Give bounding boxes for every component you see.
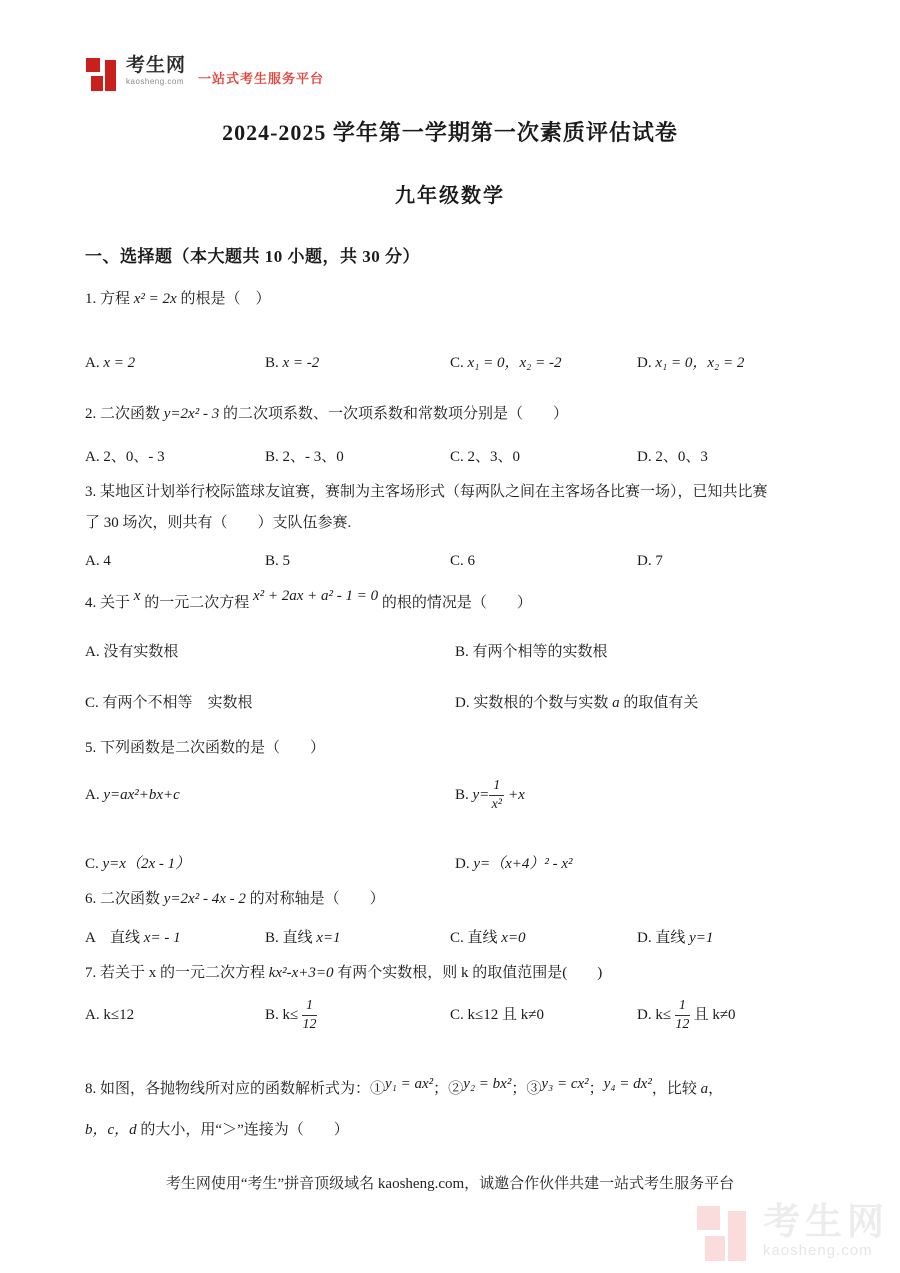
fraction-denominator: 12 — [675, 1016, 689, 1033]
question-8: 8. 如图，各抛物线所对应的函数解析式为：①y₁ = ax²；②y₂ = bx²… — [85, 1078, 872, 1143]
option-formula: x₁ = 0，x₂ = -2 — [468, 355, 562, 371]
fraction: 112 — [675, 998, 690, 1033]
question-4: 4. 关于 x 的一元二次方程 x² + 2ax + a² - 1 = 0 的根… — [85, 592, 872, 615]
question-7-text: 有两个实数根，则 k 的取值范围是( ) — [333, 965, 602, 981]
option-formula: x= - 1 — [144, 930, 181, 946]
question-4-formula: x² + 2ax + a² - 1 = 0 — [253, 585, 378, 608]
question-2-options: A. 2、0、- 3 B. 2、- 3、0 C. 2、3、0 D. 2、0、3 — [85, 446, 872, 469]
watermark-name: 考生网 — [763, 1203, 889, 1242]
option-label: B. — [455, 787, 469, 803]
question-6: 6. 二次函数 y=2x² - 4x - 2 的对称轴是（ ） — [85, 888, 872, 911]
logo-block — [705, 1236, 725, 1261]
option-formula: x₁ = 0，x₂ = 2 — [655, 355, 744, 371]
option-3b: B. 5 — [265, 550, 450, 573]
question-7-options: A. k≤12 B. k≤ 112 C. k≤12 且 k≠0 D. k≤ 11… — [85, 998, 872, 1033]
question-7-formula: kx²-x+3=0 — [269, 965, 334, 981]
question-6-options: A 直线 x= - 1 B. 直线 x=1 C. 直线 x=0 D. 直线 y=… — [85, 927, 872, 950]
question-8-line2: b，c，d 的大小，用“＞”连接为（ ） — [85, 1119, 872, 1142]
fraction-denominator: 12 — [303, 1016, 317, 1033]
option-formula: y= — [473, 787, 490, 803]
option-formula: y=ax²+bx+c — [103, 787, 180, 803]
option-label: D. — [455, 856, 470, 872]
question-2-text: 的二次项系数、一次项系数和常数项分别是（ ） — [219, 406, 568, 422]
option-text: 直线 — [110, 930, 140, 946]
question-8-var: a — [701, 1081, 709, 1097]
logo-block — [728, 1211, 746, 1261]
option-7d: D. k≤ 112 且 k≠0 — [637, 998, 872, 1033]
option-text: 的取值有关 — [620, 695, 699, 711]
question-8-text: ；② — [433, 1081, 463, 1097]
watermark-domain: kaosheng.com — [763, 1242, 889, 1259]
option-2c: C. 2、3、0 — [450, 446, 637, 469]
question-8-text: ；③ — [511, 1081, 541, 1097]
option-7c: C. k≤12 且 k≠0 — [450, 1004, 637, 1027]
question-5-options-row2: C. y=x（2x - 1） D. y=（x+4）² - x² — [85, 853, 872, 876]
option-5d: D. y=（x+4）² - x² — [455, 853, 872, 876]
option-text: 直线 — [468, 930, 498, 946]
option-label: A. — [85, 787, 100, 803]
option-2d: D. 2、0、3 — [637, 446, 872, 469]
option-7b: B. k≤ 112 — [265, 998, 450, 1033]
question-4-options-row1: A. 没有实数根 B. 有两个相等的实数根 — [85, 641, 872, 664]
option-text: D. k≤ — [637, 1007, 675, 1023]
option-1d: D. x₁ = 0，x₂ = 2 — [637, 352, 872, 375]
question-4-text: 的一元二次方程 — [140, 595, 253, 611]
fraction-numerator: 1 — [675, 998, 690, 1016]
question-8-text: 的大小，用“＞”连接为（ ） — [137, 1122, 349, 1138]
fraction: 112 — [302, 998, 317, 1033]
logo-block — [697, 1206, 720, 1230]
exam-page: 考生网 kaosheng.com 一站式考生服务平台 2024-2025 学年第… — [0, 0, 900, 1273]
question-4-options-row2: C. 有两个不相等 实数根 D. 实数根的个数与实数 a 的取值有关 — [85, 692, 872, 715]
option-text: B. k≤ — [265, 1007, 302, 1023]
option-formula: y=x（2x - 1） — [103, 856, 191, 872]
option-7a: A. k≤12 — [85, 1004, 265, 1027]
question-4-text: 4. 关于 — [85, 595, 134, 611]
option-3c: C. 6 — [450, 550, 637, 573]
question-8-vars: b，c，d — [85, 1122, 137, 1138]
kaosheng-watermark: 考生网 kaosheng.com — [697, 1203, 889, 1265]
option-label: B. — [265, 355, 279, 371]
logo-block — [86, 58, 100, 72]
question-7-text: 7. 若关于 x 的一元二次方程 — [85, 965, 269, 981]
question-3-options: A. 4 B. 5 C. 6 D. 7 — [85, 550, 872, 573]
question-7: 7. 若关于 x 的一元二次方程 kx²-x+3=0 有两个实数根，则 k 的取… — [85, 962, 872, 985]
option-6d: D. 直线 y=1 — [637, 927, 872, 950]
question-8-text: ； — [589, 1081, 604, 1097]
option-formula: x = -2 — [283, 355, 320, 371]
question-2-text: 2. 二次函数 — [85, 406, 164, 422]
kaosheng-logo-icon — [86, 56, 120, 94]
fraction: 1x² — [489, 778, 504, 813]
option-text: 直线 — [283, 930, 313, 946]
kaosheng-watermark-icon — [697, 1203, 753, 1265]
question-8-formula4: y₄ = dx² — [604, 1073, 652, 1096]
option-formula: x=0 — [501, 930, 525, 946]
option-formula: x=1 — [316, 930, 340, 946]
question-3-line2: 了 30 场次，则共有（ ）支队伍参赛. — [85, 512, 872, 535]
option-6b: B. 直线 x=1 — [265, 927, 450, 950]
option-1a: A. x = 2 — [85, 352, 265, 375]
question-1-formula: x² = 2x — [134, 291, 177, 307]
option-label: C. — [450, 355, 464, 371]
section-heading: 一、选择题（本大题共 10 小题，共 30 分） — [85, 242, 420, 267]
option-text: 直线 — [655, 930, 685, 946]
question-2-formula: y=2x² - 3 — [164, 406, 219, 422]
question-1-text: 的根是（ ） — [177, 291, 271, 307]
option-2a: A. 2、0、- 3 — [85, 446, 265, 469]
option-formula: +x — [504, 787, 525, 803]
question-1: 1. 方程 x² = 2x 的根是（ ） — [85, 288, 872, 311]
question-4-var: x — [134, 585, 141, 608]
question-5-options-row1: A. y=ax²+bx+c B. y=1x² +x — [85, 778, 872, 813]
option-4a: A. 没有实数根 — [85, 641, 455, 664]
option-text: 且 k≠0 — [690, 1007, 736, 1023]
watermark-text: 考生网 kaosheng.com — [763, 1203, 889, 1259]
option-4c: C. 有两个不相等 实数根 — [85, 692, 455, 715]
logo-domain: kaosheng.com — [126, 77, 186, 86]
logo-name: 考生网 — [126, 56, 186, 77]
option-5c: C. y=x（2x - 1） — [85, 853, 455, 876]
option-5a: A. y=ax²+bx+c — [85, 784, 455, 807]
question-6-text: 的对称轴是（ ） — [246, 891, 385, 907]
question-8-formula2: y₂ = bx² — [463, 1073, 511, 1096]
option-formula: a — [612, 695, 620, 711]
question-3-line1: 3. 某地区计划举行校际篮球友谊赛，赛制为主客场形式（每两队之间在主客场各比赛一… — [85, 481, 872, 504]
fraction-numerator: 1 — [489, 778, 504, 796]
exam-title: 2024-2025 学年第一学期第一次素质评估试卷 — [0, 116, 900, 147]
question-1-options: A. x = 2 B. x = -2 C. x₁ = 0，x₂ = -2 D. … — [85, 352, 872, 375]
footer-note: 考生网使用“考生”拼音顶级域名 kaosheng.com，诚邀合作伙伴共建一站式… — [0, 1172, 900, 1193]
logo-text: 考生网 kaosheng.com — [126, 56, 186, 86]
option-label: C. — [450, 930, 464, 946]
option-text: D. 实数根的个数与实数 — [455, 695, 612, 711]
question-6-formula: y=2x² - 4x - 2 — [164, 891, 246, 907]
option-3d: D. 7 — [637, 550, 872, 573]
option-formula: y=1 — [689, 930, 713, 946]
fraction-denominator: x² — [492, 796, 502, 813]
option-formula: x = 2 — [103, 355, 135, 371]
option-1c: C. x₁ = 0，x₂ = -2 — [450, 352, 637, 375]
fraction-numerator: 1 — [302, 998, 317, 1016]
option-6a: A 直线 x= - 1 — [85, 927, 265, 950]
option-label: C. — [85, 856, 99, 872]
option-5b: B. y=1x² +x — [455, 778, 872, 813]
option-label: A — [85, 930, 95, 946]
question-4-text: 的根的情况是（ ） — [378, 595, 532, 611]
option-6c: C. 直线 x=0 — [450, 927, 637, 950]
logo-block — [91, 76, 103, 91]
option-formula: y=（x+4）² - x² — [473, 856, 572, 872]
option-label: A. — [85, 355, 100, 371]
question-3: 3. 某地区计划举行校际篮球友谊赛，赛制为主客场形式（每两队之间在主客场各比赛一… — [85, 481, 872, 536]
option-1b: B. x = -2 — [265, 352, 450, 375]
exam-subtitle: 九年级数学 — [0, 179, 900, 208]
question-8-formula3: y₃ = cx² — [541, 1073, 588, 1096]
option-label: D. — [637, 930, 652, 946]
question-5: 5. 下列函数是二次函数的是（ ） — [85, 737, 872, 760]
logo-block — [105, 60, 116, 91]
site-logo: 考生网 kaosheng.com 一站式考生服务平台 — [86, 56, 324, 94]
question-6-text: 6. 二次函数 — [85, 891, 164, 907]
option-4b: B. 有两个相等的实数根 — [455, 641, 872, 664]
question-8-line1: 8. 如图，各抛物线所对应的函数解析式为：①y₁ = ax²；②y₂ = bx²… — [85, 1078, 872, 1101]
question-8-text: 8. 如图，各抛物线所对应的函数解析式为：① — [85, 1081, 385, 1097]
question-8-text: ， — [708, 1081, 723, 1097]
option-4d: D. 实数根的个数与实数 a 的取值有关 — [455, 692, 872, 715]
option-2b: B. 2、- 3、0 — [265, 446, 450, 469]
option-label: D. — [637, 355, 652, 371]
logo-tagline: 一站式考生服务平台 — [198, 68, 324, 87]
option-label: B. — [265, 930, 279, 946]
question-2: 2. 二次函数 y=2x² - 3 的二次项系数、一次项系数和常数项分别是（ ） — [85, 403, 872, 426]
question-8-formula1: y₁ = ax² — [385, 1073, 433, 1096]
option-3a: A. 4 — [85, 550, 265, 573]
question-8-text: ，比较 — [652, 1081, 701, 1097]
question-1-text: 1. 方程 — [85, 291, 134, 307]
